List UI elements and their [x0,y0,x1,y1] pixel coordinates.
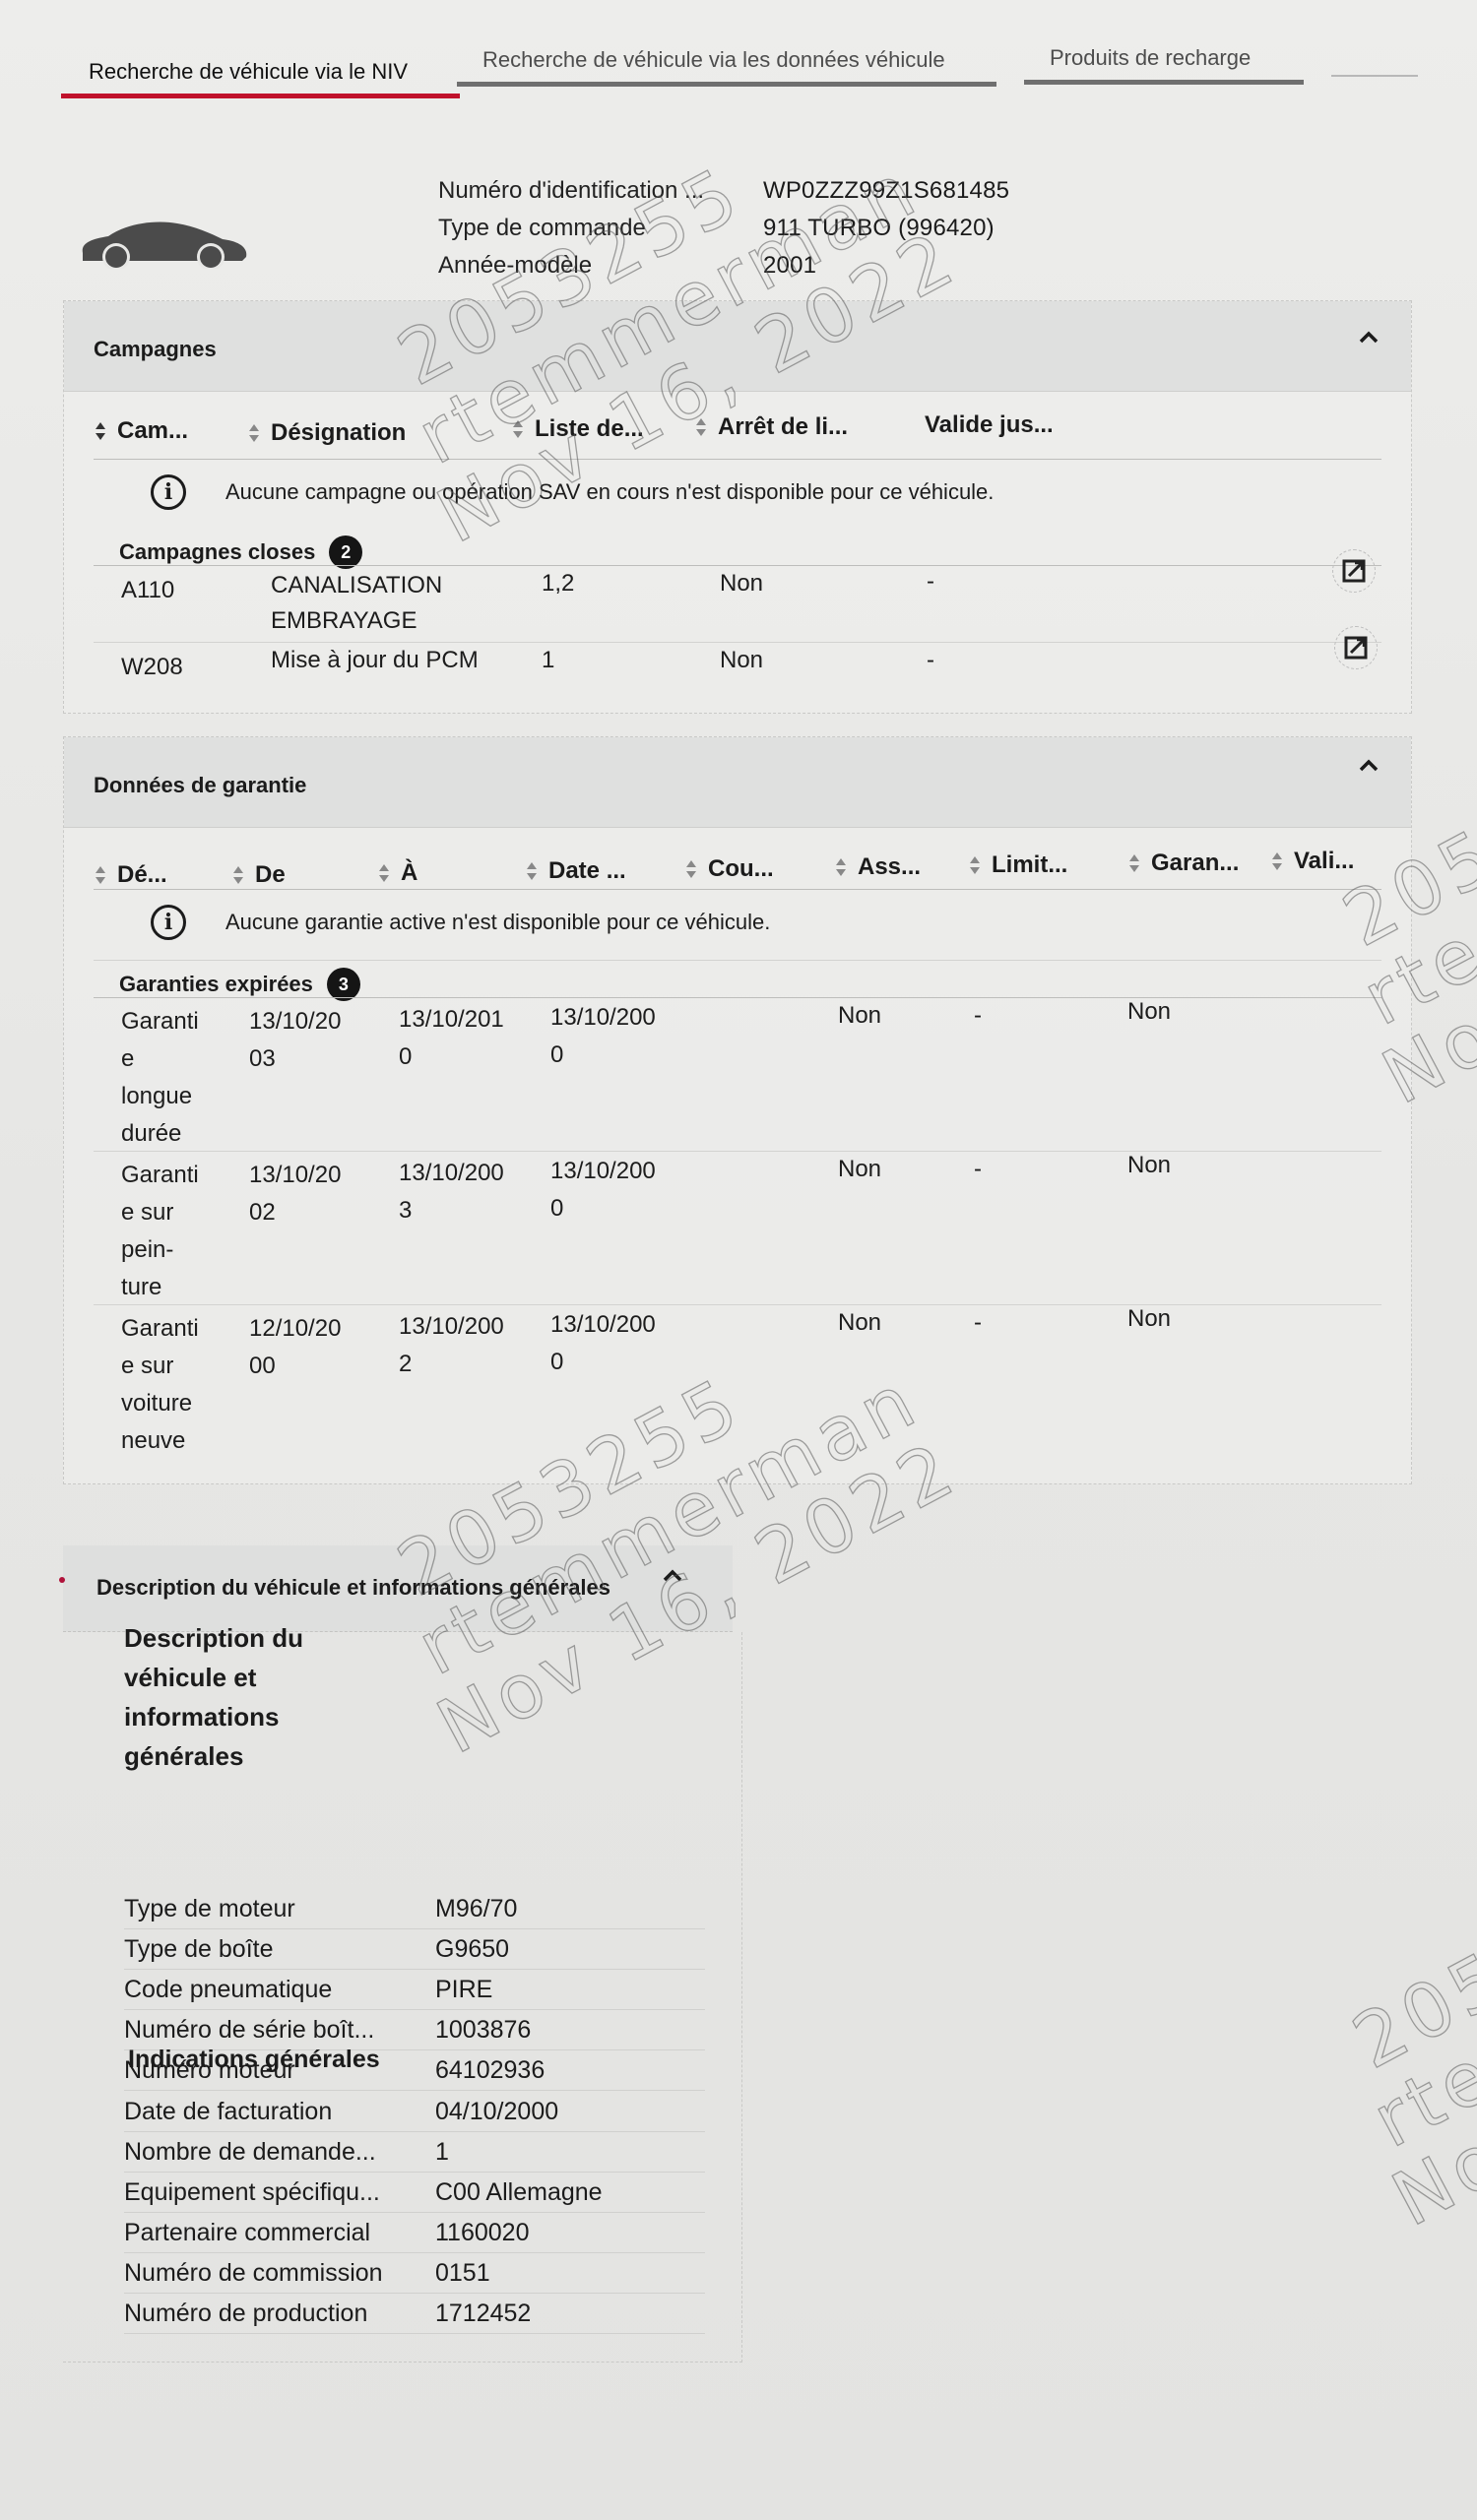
open-campaign-button[interactable] [1332,549,1376,593]
warranty-designation: Garanti [121,1310,199,1348]
sort-icon [834,856,850,878]
warranty-designation: Garanti [121,1157,199,1194]
field-label: Date de facturation [124,2098,435,2126]
warranty-to: 13/10/201 [399,1001,504,1039]
column-label: Ass... [858,853,921,881]
field-value: PIRE [435,1976,492,2004]
field-row: Partenaire commercial1160020 [124,2214,705,2253]
tab-label: Recherche de véhicule via le NIV [89,59,408,84]
campaign-designation: CANALISATION [271,567,442,604]
sort-icon [94,864,109,886]
external-edit-icon [1341,633,1371,662]
column-label: Cam... [117,417,188,445]
title-line: informations [124,1697,360,1736]
divider [94,1304,1381,1305]
collapse-chevron-icon[interactable] [658,1561,687,1591]
column-header[interactable]: Limit... [968,851,1067,879]
warranty-designation: e sur [121,1194,173,1231]
column-header-stop[interactable]: Arrêt de li... [694,413,848,441]
warranty-assigned: Non [838,1304,881,1342]
collapse-chevron-icon[interactable] [1354,323,1383,352]
warranty-designation: e sur [121,1348,173,1385]
warranty-date: 0 [550,1037,563,1074]
sort-icon [968,854,984,876]
divider [94,459,1381,460]
field-value: 1160020 [435,2219,529,2247]
field-value: G9650 [435,1935,509,1964]
sort-icon [694,416,710,438]
column-label: À [401,859,417,887]
field-value: M96/70 [435,1895,517,1923]
field-label: Partenaire commercial [124,2219,435,2247]
sort-icon [377,862,393,884]
expired-warranties-label: Garanties expirées [119,972,313,997]
sort-icon [525,860,541,882]
warranty-date: 13/10/200 [550,1153,656,1190]
title-line: véhicule et [124,1658,360,1697]
sort-icon [684,858,700,880]
column-label: Cou... [708,855,774,883]
column-label: Arrêt de li... [718,413,848,441]
field-row: Nombre de demande...1 [124,2133,705,2173]
column-label: Vali... [1294,848,1354,875]
campaign-stop: Non [720,565,763,602]
marker-dot [59,1577,65,1583]
expired-warranties-count-badge: 3 [327,968,360,1001]
watermark-text: Nov 16, 2022 [1379,1896,1477,2242]
campaigns-header[interactable]: Campagnes [64,301,1411,392]
info-icon: i [151,474,186,510]
warranty-from: 02 [249,1194,276,1231]
field-label: Code pneumatique [124,1976,435,2004]
warranty-limit: - [974,1151,982,1188]
column-header[interactable]: À [377,859,417,887]
warranty-limit: - [974,997,982,1035]
field-value: 0151 [435,2259,490,2288]
watermark-text: rtemmerman [1359,1827,1477,2164]
field-row: Equipement spécifiqu...C00 Allemagne [124,2173,705,2213]
campaign-stop: Non [720,642,763,679]
divider [94,1151,1381,1152]
open-campaign-button[interactable] [1334,626,1378,669]
warranty-to: 2 [399,1346,412,1383]
tab-active-indicator [61,94,460,98]
divider [94,889,1381,890]
closed-campaigns-count-badge: 2 [329,535,362,569]
vehicle-description-body: Description du véhicule et informations … [63,1632,742,2362]
divider [94,997,1381,998]
warranty-from: 13/10/20 [249,1003,341,1040]
field-label: Type de boîte [124,1935,435,1964]
column-header[interactable]: Vali... [1270,848,1354,875]
tab-indicator [1024,80,1304,85]
column-label: Valide jus... [925,411,1054,439]
divider [94,960,1381,961]
vin-row: Numéro d'identification ... WP0ZZZ99Z1S6… [438,172,1009,210]
warranty-designation: pein- [121,1231,173,1269]
field-label: Numéro de commission [124,2259,435,2288]
column-header[interactable]: Date ... [525,857,626,885]
field-label: Nombre de demande... [124,2138,435,2167]
field-value: 04/10/2000 [435,2098,558,2126]
sort-icon [511,418,527,440]
warranty-designation: voiture [121,1385,192,1422]
column-label: Désignation [271,419,406,447]
warranty-title: Données de garantie [94,773,306,798]
general-info-title: Indications générales [128,2046,380,2074]
field-row: Date de facturation04/10/2000 [124,2093,705,2132]
watermark-text: 2053255 [1339,1832,1477,2085]
warranty-designation: e [121,1040,134,1078]
column-label: Dé... [117,861,167,889]
closed-campaigns-label: Campagnes closes [119,539,315,565]
model-year-row: Année-modèle 2001 [438,247,1009,284]
field-row: Numéro de production1712452 [124,2295,705,2334]
column-header[interactable]: Dé... [94,861,167,889]
page: Recherche de véhicule via le NIV Recherc… [0,0,1477,2520]
field-value: C00 Allemagne [435,2178,603,2207]
warranty-to: 0 [399,1039,412,1076]
warranty-designation: ture [121,1269,161,1306]
warranty-to: 3 [399,1192,412,1229]
sort-icon [247,422,263,444]
campaign-designation: Mise à jour du PCM [271,642,479,679]
field-row: Type de boîteG9650 [124,1930,705,1970]
vehicle-summary: Numéro d'identification ... WP0ZZZ99Z1S6… [69,172,1379,290]
warranty-guarantee: Non [1127,1147,1171,1184]
campaign-list: 1,2 [542,565,574,602]
campaign-valid-until: - [927,563,934,600]
column-header[interactable]: Garan... [1127,850,1239,877]
warranty-designation: Garanti [121,1003,199,1040]
closed-campaigns-header[interactable]: Campagnes closes 2 [119,535,362,569]
warranty-designation: durée [121,1115,181,1153]
empty-message: Aucune garantie active n'est disponible … [225,910,770,935]
field-row: Type de moteurM96/70 [124,1890,705,1929]
warranty-date: 0 [550,1344,563,1381]
tab-charging-products[interactable]: Produits de recharge [1024,45,1304,85]
title-line: Description du [124,1618,360,1658]
order-type-value: 911 TURBO (996420) [763,215,995,242]
warranty-guarantee: Non [1127,1300,1171,1338]
field-value: 1712452 [435,2299,531,2328]
column-label: Garan... [1151,850,1239,877]
title-line: générales [124,1736,360,1776]
column-header-list[interactable]: Liste de... [511,415,644,443]
warranty-assigned: Non [838,997,881,1035]
warranty-designation: neuve [121,1422,185,1460]
vin-value: WP0ZZZ99Z1S681485 [763,177,1009,205]
warranty-to: 13/10/200 [399,1308,504,1346]
tab-vin-search[interactable]: Recherche de véhicule via le NIV [61,59,460,98]
field-label: Type de moteur [124,1895,435,1923]
field-label: Equipement spécifiqu... [124,2178,435,2207]
warranty-date: 13/10/200 [550,1306,656,1344]
sort-icon [231,864,247,886]
campaign-designation-line2: EMBRAYAGE [271,602,417,640]
campaign-code: W208 [121,649,183,686]
warranty-panel: Données de garantie Dé...DeÀDate ...Cou.… [63,736,1412,1484]
column-header-valid-until[interactable]: Valide jus... [925,411,1054,439]
field-row: Numéro de série boît...1003876 [124,2011,705,2050]
field-row: Numéro de commission0151 [124,2254,705,2294]
column-header-campaign[interactable]: Cam... [94,417,188,445]
vin-label: Numéro d'identification ... [438,177,763,205]
model-year-value: 2001 [763,252,816,280]
warranty-from: 13/10/20 [249,1157,341,1194]
warranty-from: 03 [249,1040,276,1078]
field-row: Code pneumatiquePIRE [124,1971,705,2010]
warranty-date: 0 [550,1190,563,1228]
vehicle-description-panel: Description du véhicule et informations … [63,1545,742,2362]
model-year-label: Année-modèle [438,252,763,280]
campaign-list: 1 [542,642,554,679]
column-header[interactable]: Ass... [834,853,921,881]
tab-label: Produits de recharge [1050,45,1251,70]
warranty-assigned: Non [838,1151,881,1188]
column-label: De [255,861,286,889]
expired-warranties-header[interactable]: Garanties expirées 3 [119,968,360,1001]
tab-bar: Recherche de véhicule via le NIV Recherc… [33,47,1418,96]
empty-message: Aucune campagne ou opération SAV en cour… [225,479,994,505]
campaign-valid-until: - [927,642,934,679]
warranty-from: 12/10/20 [249,1310,341,1348]
vehicle-description-title: Description du véhicule et informations … [96,1575,610,1601]
field-label: Numéro de série boît... [124,2016,435,2045]
order-type-row: Type de commande 911 TURBO (996420) [438,210,1009,247]
order-type-label: Type de commande [438,215,763,242]
tab-label: Recherche de véhicule via les données vé… [482,47,945,72]
campaign-code: A110 [121,572,174,609]
warranty-header[interactable]: Données de garantie [64,737,1411,828]
campaigns-title: Campagnes [94,337,217,362]
warranty-to: 13/10/200 [399,1155,504,1192]
campaigns-empty-notice: i Aucune campagne ou opération SAV en co… [151,474,994,510]
field-value: 1 [435,2138,449,2167]
field-label: Numéro de production [124,2299,435,2328]
tab-overflow[interactable] [1331,75,1418,77]
warranty-limit: - [974,1304,982,1342]
warranty-from: 00 [249,1348,276,1385]
info-icon: i [151,905,186,940]
field-value: 1003876 [435,2016,531,2045]
campaigns-panel: Campagnes Cam... Désignation Liste de...… [63,300,1412,714]
car-icon [75,210,252,269]
column-label: Date ... [548,857,626,885]
sort-icon [1127,852,1143,874]
column-label: Limit... [992,851,1067,879]
warranty-designation: longue [121,1078,192,1115]
warranty-empty-notice: i Aucune garantie active n'est disponibl… [151,905,770,940]
warranty-guarantee: Non [1127,993,1171,1031]
tab-vehicle-data-search[interactable]: Recherche de véhicule via les données vé… [457,47,996,87]
external-edit-icon [1339,556,1369,586]
column-header[interactable]: De [231,861,286,889]
sort-icon [94,420,109,442]
vehicle-info: Numéro d'identification ... WP0ZZZ99Z1S6… [438,172,1009,284]
column-header-designation[interactable]: Désignation [247,419,406,447]
tab-indicator [457,82,996,87]
collapse-chevron-icon[interactable] [1354,751,1383,781]
warranty-date: 13/10/200 [550,999,656,1037]
field-value: 64102936 [435,2056,545,2085]
column-header[interactable]: Cou... [684,855,774,883]
sort-icon [1270,850,1286,872]
column-label: Liste de... [535,415,644,443]
description-block-title: Description du véhicule et informations … [124,1618,360,1776]
